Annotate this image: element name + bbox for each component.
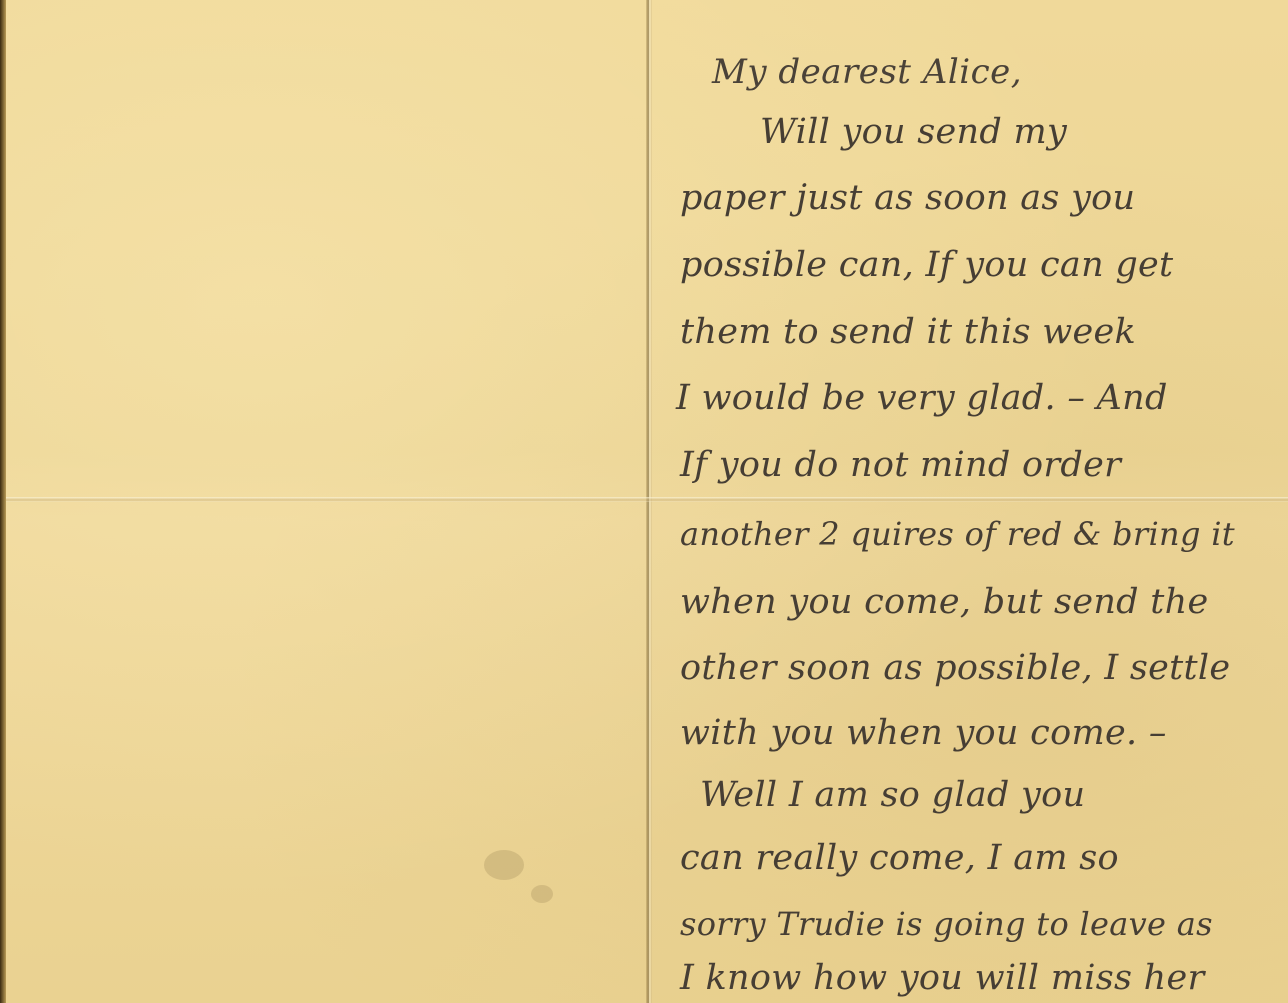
letter-line: If you do not mind order — [680, 445, 1121, 485]
letter-line: Well I am so glad you — [700, 775, 1085, 815]
letter-line: Will you send my — [760, 112, 1067, 152]
letter-line: another 2 quires of red & bring it — [680, 515, 1235, 553]
letter-line: can really come, I am so — [680, 838, 1119, 878]
letter-sheet: My dearest Alice, Will you send my paper… — [0, 0, 1288, 1003]
letter-line: possible can, If you can get — [680, 245, 1173, 285]
letter-line: paper just as soon as you — [680, 178, 1135, 218]
letter-line: other soon as possible, I settle — [680, 648, 1230, 688]
letter-line: when you come, but send the — [680, 582, 1209, 622]
letter-line: I know how you will miss her — [680, 958, 1205, 998]
ink-stain — [531, 885, 553, 903]
letter-line: sorry Trudie is going to leave as — [680, 905, 1213, 943]
salutation: My dearest Alice, — [712, 52, 1022, 92]
letter-line: I would be very glad. – And — [676, 378, 1168, 418]
letter-line: with you when you come. – — [680, 713, 1167, 753]
ink-stain — [484, 850, 524, 880]
letter-line: them to send it this week — [680, 312, 1136, 352]
